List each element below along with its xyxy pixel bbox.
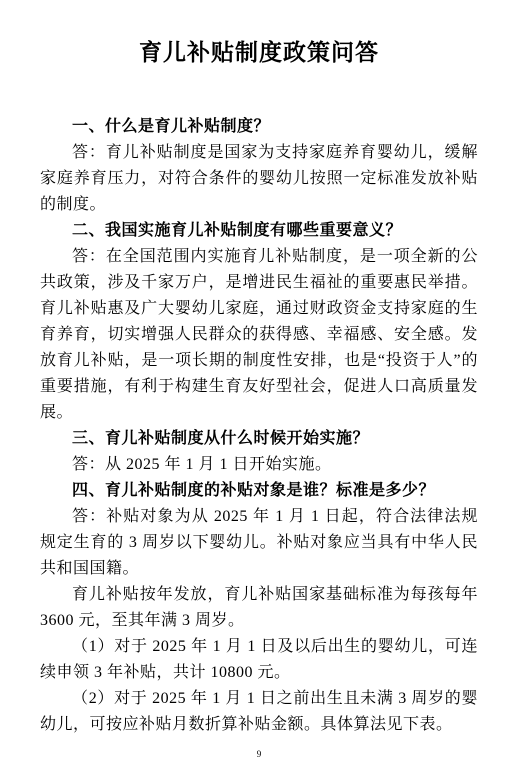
answer-paragraph: （2）对于 2025 年 1 月 1 日之前出生且未满 3 周岁的婴幼儿，可按应… <box>40 686 478 738</box>
document-body: 一、什么是育儿补贴制度？ 答：育儿补贴制度是国家为支持家庭养育婴幼儿，缓解家庭养… <box>40 114 478 738</box>
question-heading-3: 三、育儿补贴制度从什么时候开始实施？ <box>40 426 478 452</box>
question-heading-1: 一、什么是育儿补贴制度？ <box>40 114 478 140</box>
page-number: 9 <box>0 749 518 759</box>
document-title: 育儿补贴制度政策问答 <box>0 38 518 68</box>
answer-paragraph: 答：在全国范围内实施育儿补贴制度，是一项全新的公共政策，涉及千家万户，是增进民生… <box>40 244 478 426</box>
answer-paragraph: 答：补贴对象为从 2025 年 1 月 1 日起，符合法律法规规定生育的 3 周… <box>40 504 478 582</box>
answer-paragraph: 育儿补贴按年发放，育儿补贴国家基础标准为每孩每年 3600 元，至其年满 3 周… <box>40 582 478 634</box>
document-page: 育儿补贴制度政策问答 一、什么是育儿补贴制度？ 答：育儿补贴制度是国家为支持家庭… <box>0 0 518 779</box>
question-heading-4: 四、育儿补贴制度的补贴对象是谁？标准是多少？ <box>40 478 478 504</box>
answer-paragraph: 答：育儿补贴制度是国家为支持家庭养育婴幼儿，缓解家庭养育压力，对符合条件的婴幼儿… <box>40 140 478 218</box>
answer-paragraph: 答：从 2025 年 1 月 1 日开始实施。 <box>40 452 478 478</box>
answer-paragraph: （1）对于 2025 年 1 月 1 日及以后出生的婴幼儿，可连续申领 3 年补… <box>40 634 478 686</box>
question-heading-2: 二、我国实施育儿补贴制度有哪些重要意义？ <box>40 218 478 244</box>
